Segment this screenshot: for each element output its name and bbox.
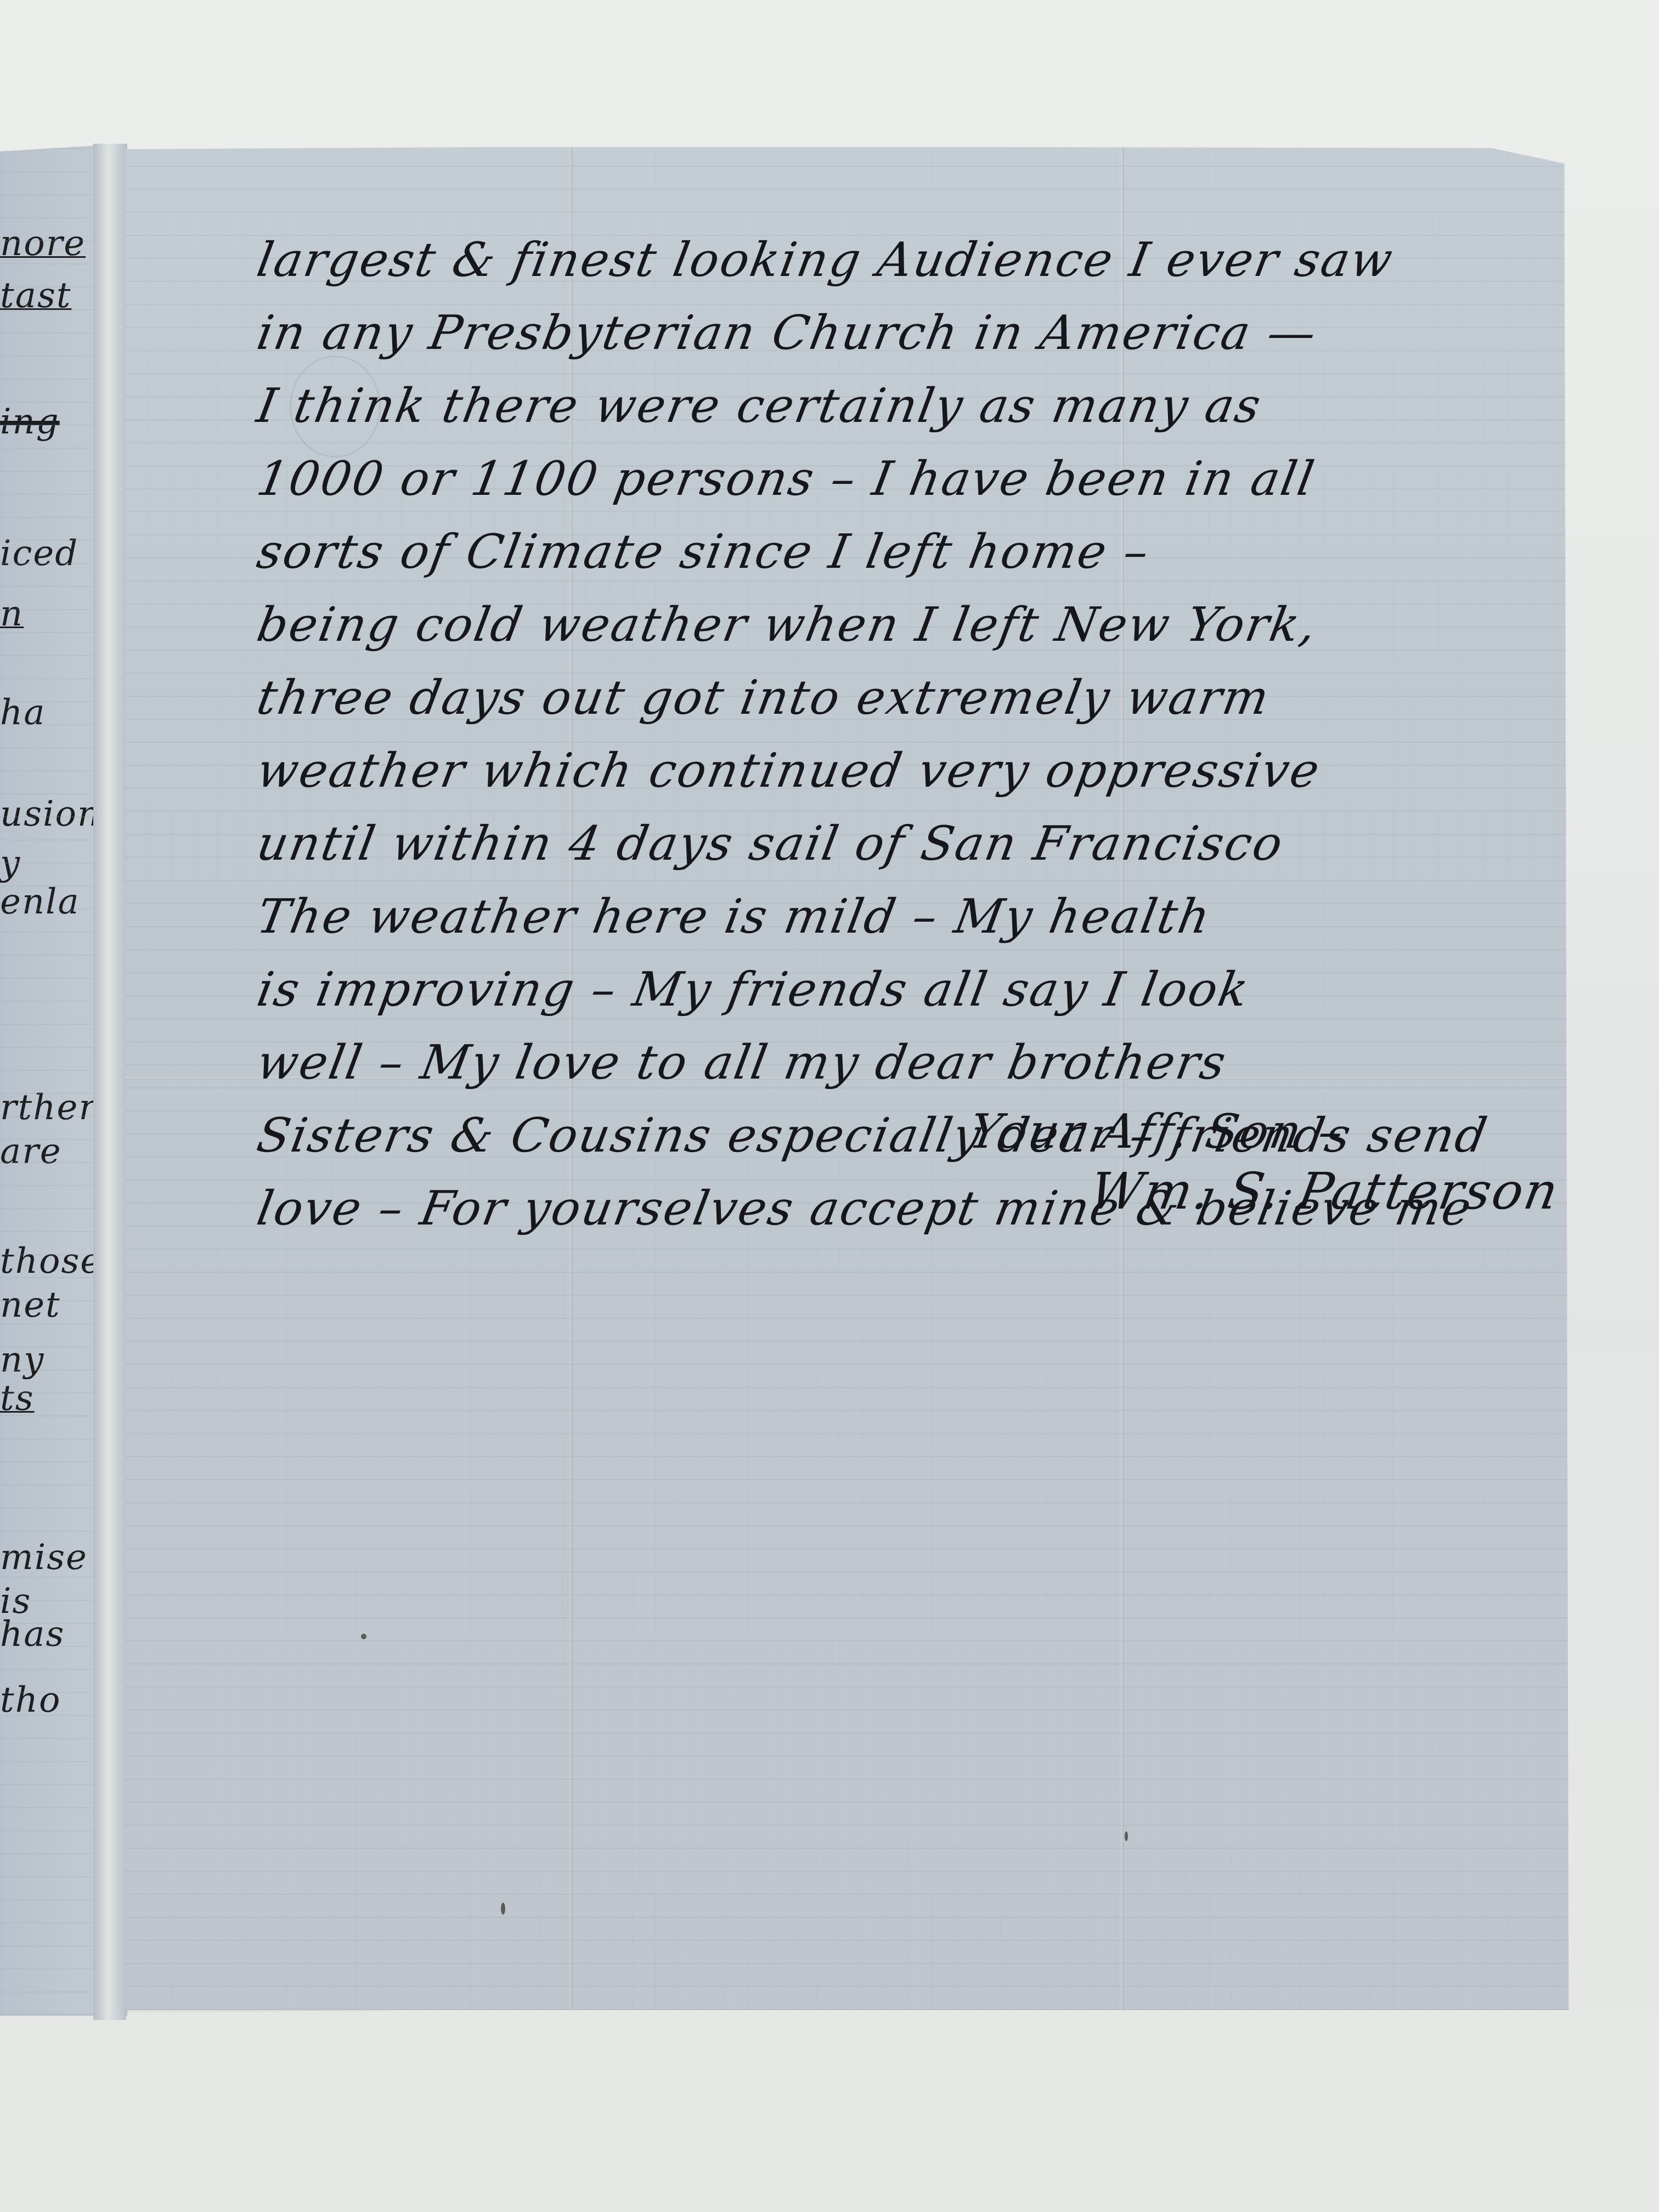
ink-spot <box>501 1903 505 1915</box>
letter-line: being cold weather when I left New York, <box>251 589 1570 662</box>
left-page-fragment: iced <box>0 533 78 574</box>
letter-line: The weather here is mild – My health <box>251 881 1570 953</box>
letter-body: largest & finest looking Audience I ever… <box>251 224 1557 1245</box>
left-page-fragment: ts <box>0 1378 35 1419</box>
left-page-fragment: tho <box>0 1680 61 1720</box>
letter-page: largest & finest looking Audience I ever… <box>125 147 1579 2010</box>
left-page-fragment: those <box>0 1241 102 1282</box>
left-page-fragment: tast <box>0 275 71 316</box>
letter-line: largest & finest looking Audience I ever… <box>251 224 1570 297</box>
ink-spot <box>361 1634 366 1639</box>
ink-spot <box>1125 1831 1128 1841</box>
left-page-fragment: has <box>0 1614 65 1655</box>
letter-line: sorts of Climate since I left home – <box>251 516 1570 589</box>
left-page-fragment: usion <box>0 794 101 834</box>
left-page-fragment: enla <box>0 882 80 922</box>
left-page-fragment: nore <box>0 223 86 264</box>
letter-line: is improving – My friends all say I look <box>251 953 1570 1026</box>
left-page-fragment: ny <box>0 1340 44 1380</box>
left-page-fragment: ing <box>0 402 60 442</box>
left-page-fragment: n <box>0 594 24 634</box>
letter-line: weather which continued very oppressive <box>251 735 1570 808</box>
letter-signature: Wm. S. Patterson <box>1086 1162 1564 1221</box>
letter-line: in any Presbyterian Church in America — <box>251 297 1570 370</box>
letter-line: I think there were certainly as many as <box>251 370 1570 443</box>
letter-line: 1000 or 1100 persons – I have been in al… <box>251 443 1570 516</box>
left-page-fragment: mise <box>0 1537 88 1578</box>
letter-line: until within 4 days sail of San Francisc… <box>251 808 1570 881</box>
center-fold-spine <box>93 144 126 2020</box>
left-page-fragment: are <box>0 1131 62 1172</box>
letter-line: three days out got into extremely warm <box>251 662 1570 735</box>
left-page-fragment: y <box>0 843 21 884</box>
letter-closing: Your Aff. Son – <box>965 1104 1349 1159</box>
left-page-fragment: ha <box>0 692 46 733</box>
left-page-fragment: rther <box>0 1087 97 1128</box>
letter-line: well – My love to all my dear brothers <box>251 1026 1570 1099</box>
left-page-fragment: is <box>0 1581 31 1622</box>
left-page-fragment: net <box>0 1285 61 1325</box>
